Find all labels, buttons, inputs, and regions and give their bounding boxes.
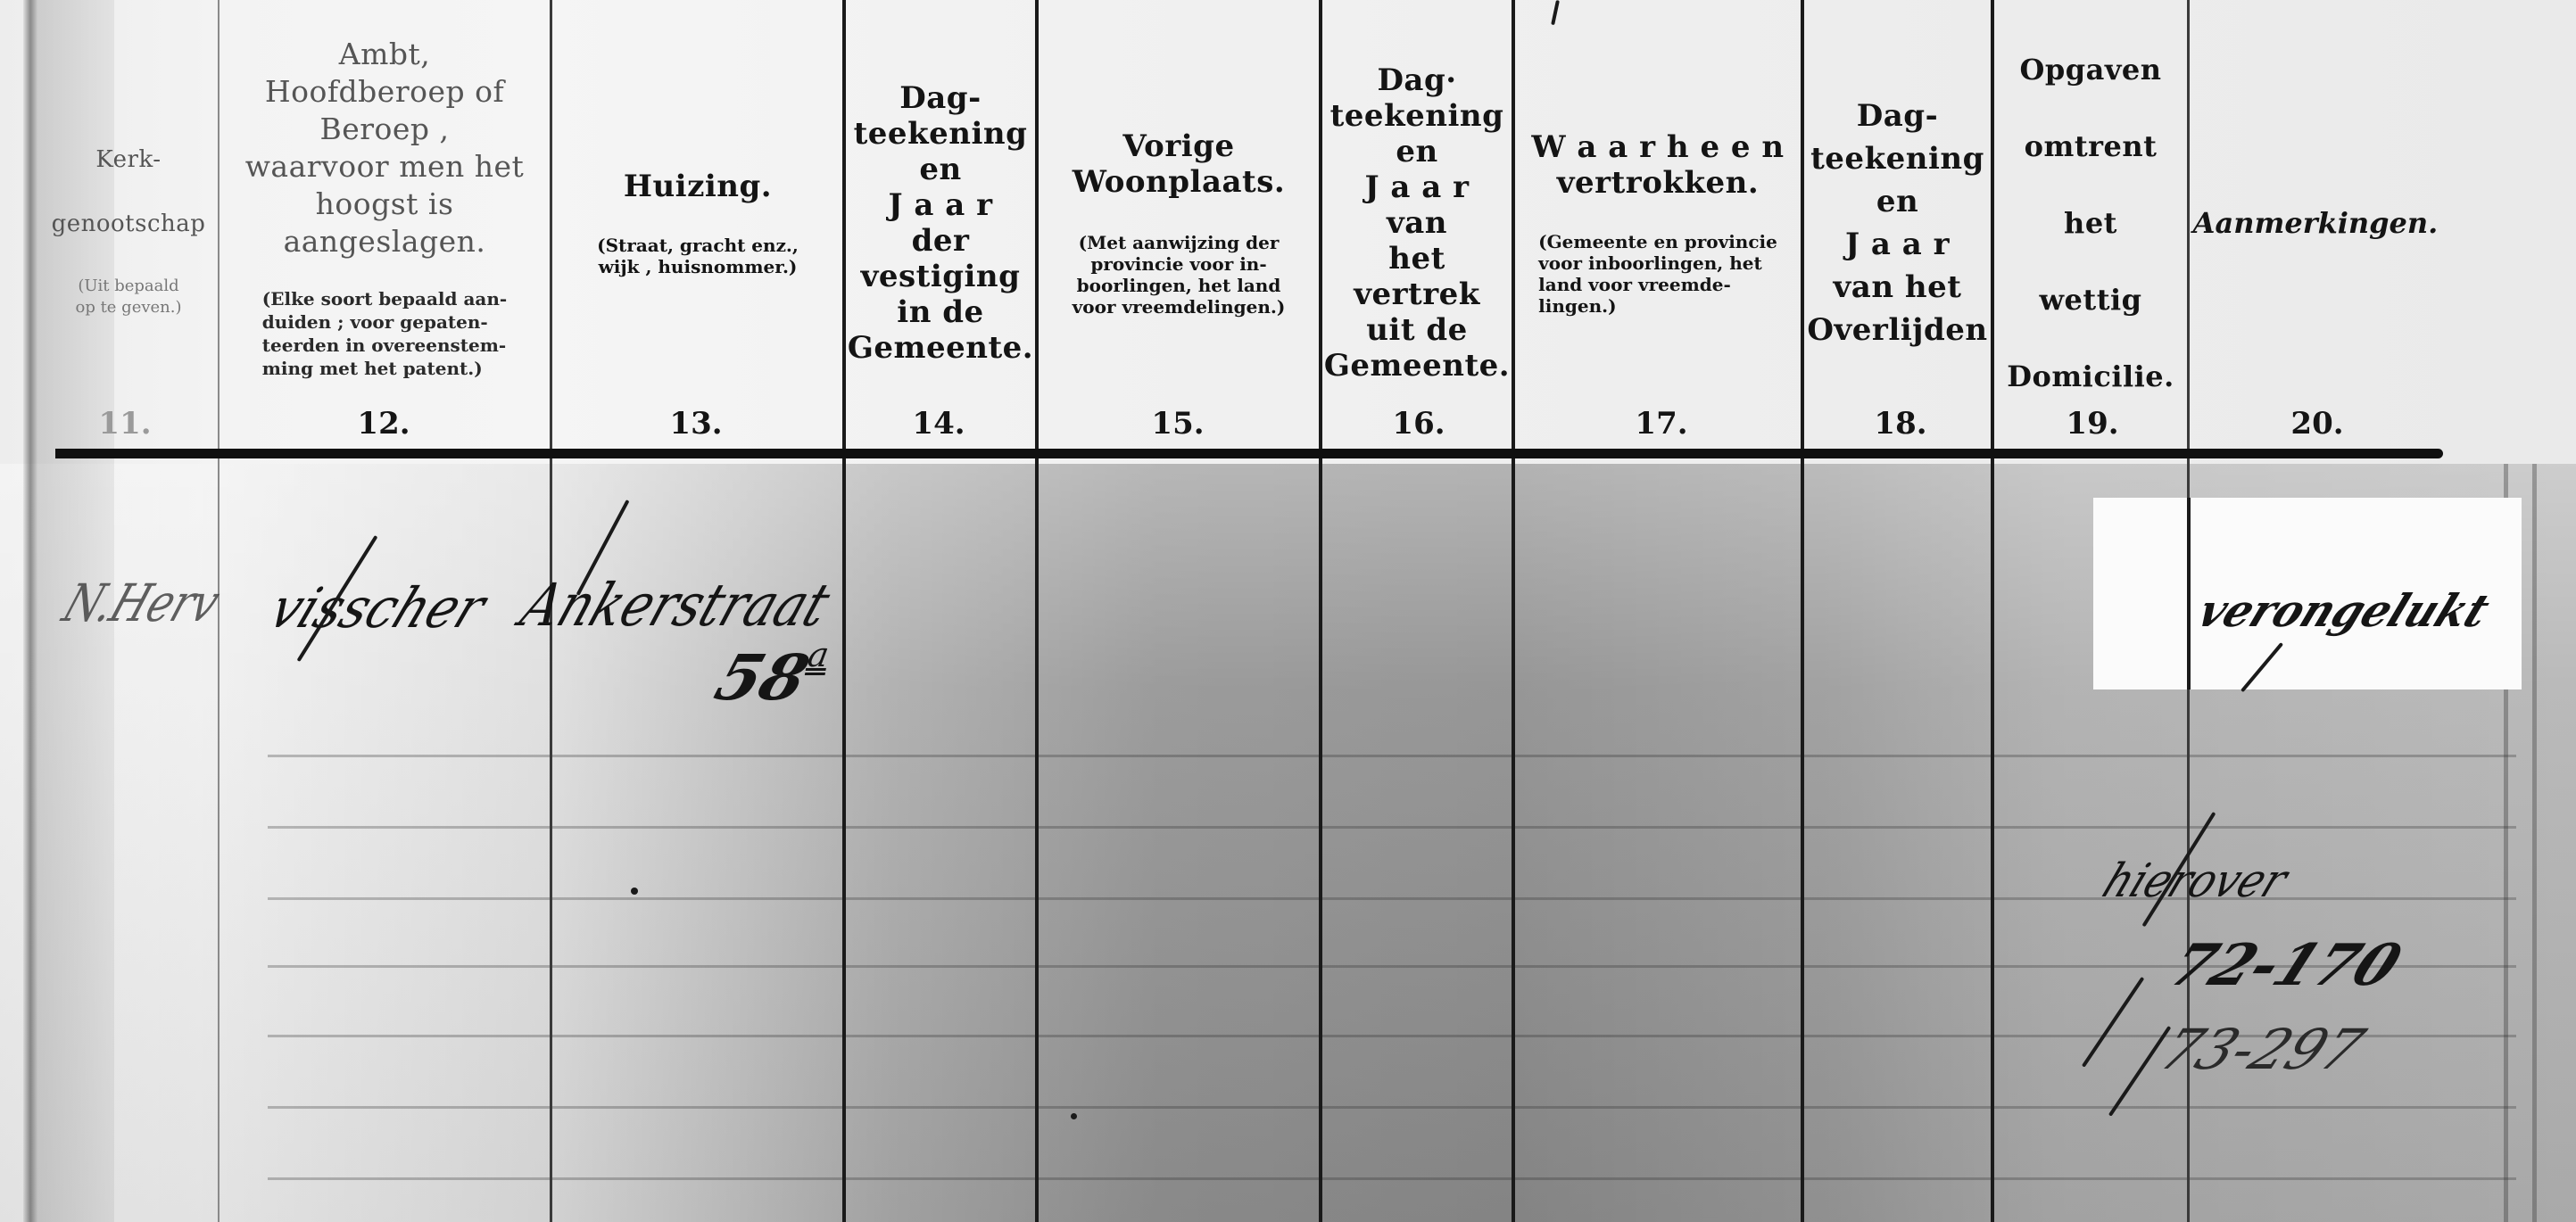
column-title: Ambt, Hoofdberoep of Beroep , waarvoor m…: [219, 36, 550, 260]
column-title: Aanmerkingen.: [2193, 206, 2439, 240]
column-title: Dag- teekening en J a a r der vestiging …: [848, 80, 1033, 366]
handwritten-remark-verongelukt: verongelukt: [2191, 584, 2497, 637]
column-header-12: Ambt, Hoofdberoep of Beroep , waarvoor m…: [219, 0, 550, 428]
handwritten-reference-2: 73-297: [2150, 1017, 2374, 1082]
column-header-16: Dag· teekening en J a a r van het vertre…: [1322, 0, 1512, 446]
column-number: 16.: [1392, 406, 1445, 442]
ledger-page: Kerk- genootschap (Uit bepaald op te gev…: [0, 0, 2576, 1222]
column-number: 19.: [2066, 406, 2118, 442]
column-title: Kerk- genootschap: [52, 128, 206, 256]
handwritten-street: Ankerstraat: [512, 571, 839, 640]
right-margin-rule: [2532, 464, 2537, 1222]
column-header-15: Vorige Woonplaats. (Met aanwijzing der p…: [1039, 0, 1319, 446]
column-subtitle: (Met aanwijzing der provincie voor in- b…: [1073, 232, 1286, 318]
column-header-11: Kerk- genootschap (Uit bepaald op te gev…: [39, 0, 218, 446]
column-title: Opgaven omtrent het wettig Domicilie.: [1994, 31, 2187, 415]
column-number: 15.: [1151, 406, 1204, 442]
row-rule: [268, 826, 2516, 829]
column-number: 18.: [1874, 406, 1926, 442]
binding-shadow: [23, 0, 37, 1222]
column-divider-19-20-over-patch: [2187, 498, 2191, 689]
column-number: 13.: [669, 406, 722, 442]
row-rule: [268, 755, 2516, 757]
column-number: 20.: [2290, 406, 2343, 442]
column-number: 11.: [98, 406, 151, 442]
column-number: 14.: [912, 406, 965, 442]
header-bottom-rule: [55, 449, 2443, 458]
handwritten-occupation: visscher: [261, 575, 495, 640]
column-title: Dag· teekening en J a a r van het vertre…: [1322, 62, 1512, 384]
column-subtitle: (Straat, gracht enz., wijk , huisnommer.…: [597, 235, 799, 277]
column-header-20: Aanmerkingen.: [2191, 0, 2440, 446]
column-header-19: Opgaven omtrent het wettig Domicilie.: [1994, 0, 2187, 446]
row-rule: [268, 1106, 2516, 1109]
column-header-13: Huizing. (Straat, gracht enz., wijk , hu…: [553, 0, 842, 446]
column-subtitle: (Uit bepaald op te geven.): [75, 276, 181, 318]
handwritten-remark-hierover: hierover: [2095, 855, 2295, 908]
column-title: Dag- teekening en J a a r van het Overli…: [1807, 95, 1987, 351]
ink-speck: [1071, 1113, 1077, 1119]
column-subtitle: (Elke soort bepaald aan- duiden ; voor g…: [262, 287, 507, 380]
handwritten-religion: N.Herv: [55, 573, 228, 633]
column-title: W a a r h e e n vertrokken.: [1531, 129, 1784, 201]
column-number: 12.: [357, 406, 410, 442]
column-title: Huizing.: [624, 169, 772, 204]
ink-speck: [631, 888, 638, 895]
column-title: Vorige Woonplaats.: [1073, 128, 1285, 200]
column-header-18: Dag- teekening en J a a r van het Overli…: [1804, 0, 1991, 446]
column-header-14: Dag- teekening en J a a r der vestiging …: [846, 0, 1035, 446]
column-header-17: W a a r h e e n vertrokken. (Gemeente en…: [1515, 0, 1801, 446]
column-number: 17.: [1635, 406, 1687, 442]
column-subtitle: (Gemeente en provincie voor inboorlingen…: [1538, 231, 1777, 317]
row-rule: [268, 1177, 2516, 1180]
handwritten-reference-1: 72-170: [2159, 932, 2412, 999]
